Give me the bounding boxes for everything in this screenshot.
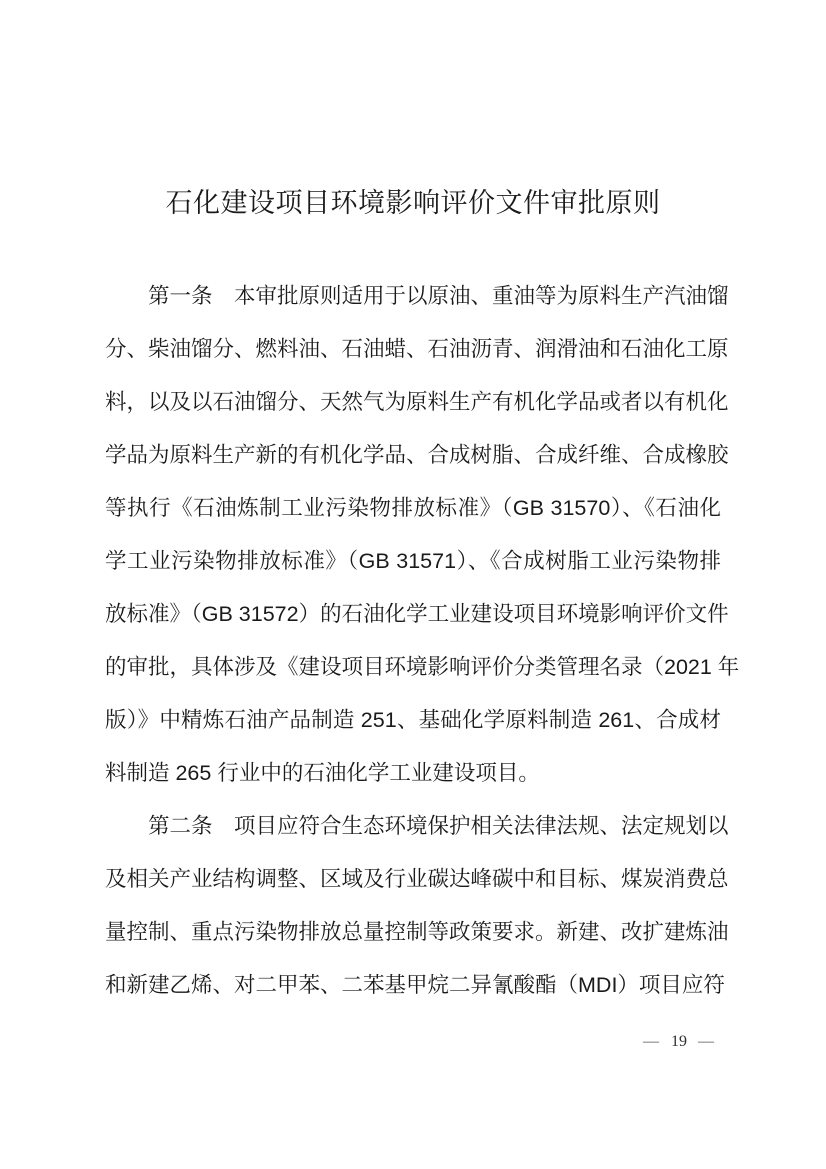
text-line: 分、柴油馏分、燃料油、石油蜡、石油沥青、润滑油和石油化工原 [105, 323, 721, 376]
text-line: 量控制、重点污染物排放总量控制等政策要求。新建、改扩建炼油 [105, 906, 721, 959]
text-line: 及相关产业结构调整、区域及行业碳达峰碳中和目标、煤炭消费总 [105, 853, 721, 906]
footer-dash-right: — [698, 1033, 715, 1051]
text-line: 的审批，具体涉及《建设项目环境影响评价分类管理名录（2021 年 [105, 641, 721, 694]
text-line: 等执行《石油炼制工业污染物排放标准》（GB 31570）、《石油化 [105, 482, 721, 535]
text-line: 第一条 本审批原则适用于以原油、重油等为原料生产汽油馏 [105, 270, 721, 323]
text-line: 学工业污染物排放标准》（GB 31571）、《合成树脂工业污染物排 [105, 535, 721, 588]
text-line: 料，以及以石油馏分、天然气为原料生产有机化学品或者以有机化 [105, 376, 721, 429]
document-body: 第一条 本审批原则适用于以原油、重油等为原料生产汽油馏分、柴油馏分、燃料油、石油… [105, 270, 721, 1012]
paragraph: 第二条 项目应符合生态环境保护相关法律法规、法定规划以及相关产业结构调整、区域及… [105, 800, 721, 1012]
page-number: 19 [671, 1033, 687, 1051]
page-footer: — 19 — [643, 1033, 715, 1051]
text-line: 放标准》（GB 31572）的石油化学工业建设项目环境影响评价文件 [105, 588, 721, 641]
text-line: 版）》中精炼石油产品制造 251、基础化学原料制造 261、合成材 [105, 694, 721, 747]
text-line: 第二条 项目应符合生态环境保护相关法律法规、法定规划以 [105, 800, 721, 853]
text-line: 料制造 265 行业中的石油化学工业建设项目。 [105, 747, 721, 800]
text-line: 和新建乙烯、对二甲苯、二苯基甲烷二异氰酸酯（MDI）项目应符 [105, 959, 721, 1012]
text-line: 学品为原料生产新的有机化学品、合成树脂、合成纤维、合成橡胶 [105, 429, 721, 482]
paragraph: 第一条 本审批原则适用于以原油、重油等为原料生产汽油馏分、柴油馏分、燃料油、石油… [105, 270, 721, 800]
footer-dash-left: — [643, 1033, 660, 1051]
document-title: 石化建设项目环境影响评价文件审批原则 [105, 186, 721, 220]
document-page: 石化建设项目环境影响评价文件审批原则 第一条 本审批原则适用于以原油、重油等为原… [0, 0, 826, 1169]
